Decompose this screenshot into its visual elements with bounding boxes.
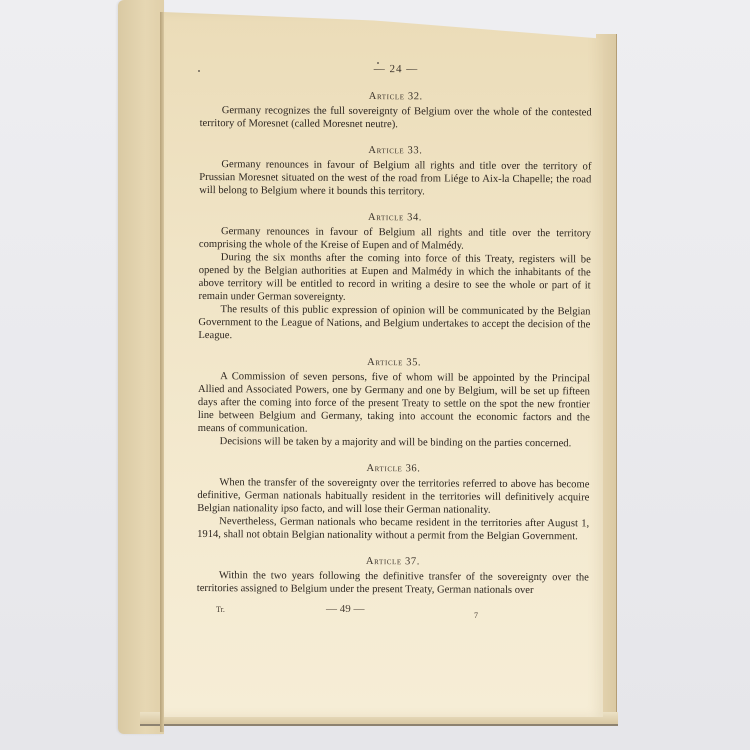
article-title: Article 36. [197,461,589,476]
article-paragraph: Nevertheless, German nationals who becam… [197,515,589,543]
article-paragraph: During the six months after the coming i… [199,251,591,305]
facing-page-edge [118,0,164,734]
article-title: Article 32. [200,89,592,104]
article-paragraph: A Commission of seven persons, five of w… [198,370,590,437]
article-32: Article 32. Germany recognizes the full … [200,89,592,132]
article-paragraph: Germany recognizes the full sovereignty … [200,104,592,132]
article-paragraph: Germany renounces in favour of Belgium a… [199,225,591,253]
book-gutter [160,12,164,732]
running-head: — 24 — [200,62,592,77]
article-33: Article 33. Germany renounces in favour … [199,143,591,199]
article-paragraph: Germany renounces in favour of Belgium a… [199,158,591,199]
article-title: Article 34. [199,210,591,225]
article-paragraph: Within the two years following the defin… [197,569,589,597]
page-text: — 24 — Article 32. Germany recognizes th… [197,62,592,610]
quire-mark: 7 [474,611,478,620]
article-36: Article 36. When the transfer of the sov… [197,461,589,543]
article-paragraph: The results of this public expression of… [198,303,590,344]
page-number: — 49 — [326,603,365,615]
article-34: Article 34. Germany renounces in favour … [198,210,591,344]
signature-mark: Tr. [216,605,225,614]
article-37: Article 37. Within the two years followi… [197,554,589,597]
article-title: Article 35. [198,355,590,370]
article-35: Article 35. A Commission of seven person… [198,355,591,450]
article-title: Article 37. [197,554,589,569]
page-footer: Tr. — 49 — 7 [216,603,516,623]
article-paragraph: Decisions will be taken by a majority an… [198,435,590,450]
article-title: Article 33. [199,143,591,158]
article-paragraph: When the transfer of the sovereignty ove… [197,476,589,517]
